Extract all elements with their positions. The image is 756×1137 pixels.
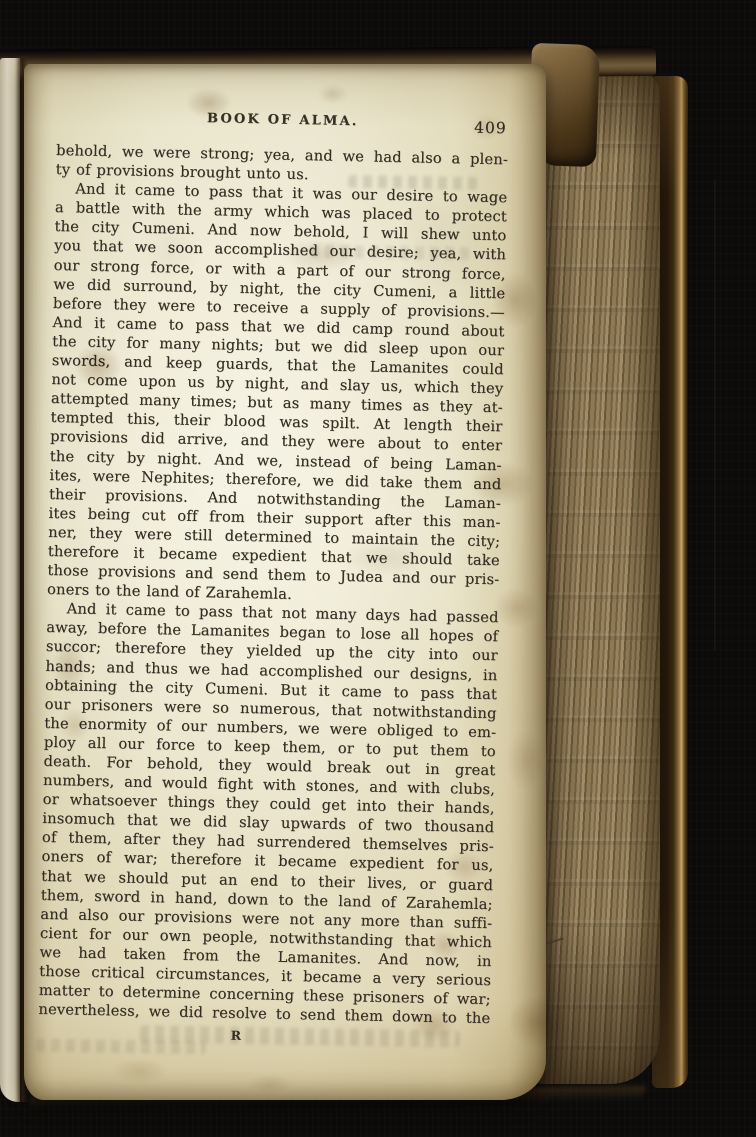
book-page: BOOK OF ALMA. 409 behold, we were strong… [24,64,546,1100]
body-text: behold, we were strong; yea, and we had … [38,141,508,1028]
book-fore-edge-pages [534,70,660,1084]
background-seam [714,180,716,650]
signature-mark: R [10,1024,462,1048]
running-head-row: BOOK OF ALMA. 409 [57,108,509,137]
running-head: BOOK OF ALMA. [57,108,509,132]
page-number: 409 [474,119,507,138]
text-block: BOOK OF ALMA. 409 behold, we were strong… [38,108,509,1048]
photo-of-open-book: BOOK OF ALMA. 409 behold, we were strong… [0,0,756,1137]
